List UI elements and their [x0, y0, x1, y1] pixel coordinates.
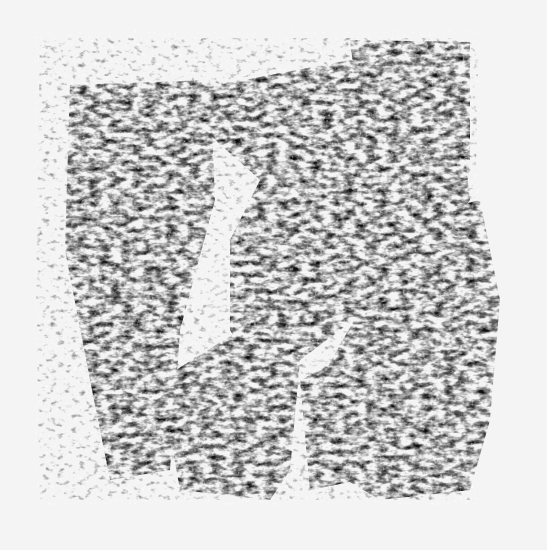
monoprint-artwork — [0, 0, 547, 550]
speckle-overlay — [35, 30, 480, 505]
